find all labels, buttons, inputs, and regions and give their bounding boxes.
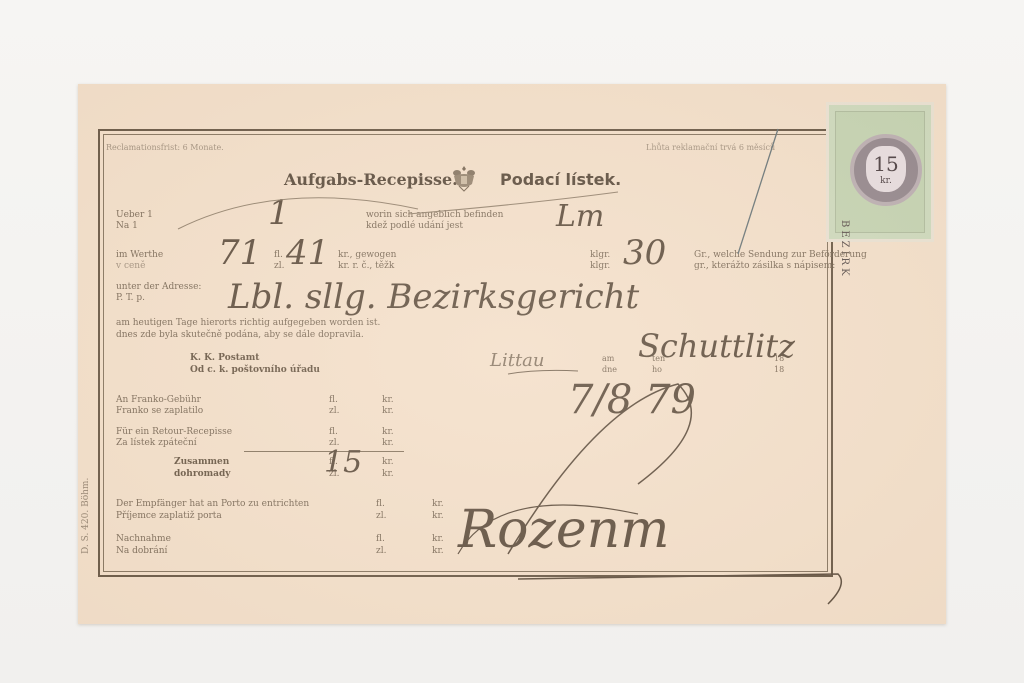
label-zasilka: gr., kterážto zásilka s nápisem:: [694, 262, 835, 271]
label-year-cz: 18: [774, 366, 784, 374]
sum-line: [244, 451, 404, 452]
fee-nachnahme-kr: kr.: [432, 535, 444, 544]
fee-porto-kr: kr.: [432, 500, 444, 509]
fee-porto-cz: Příjemce zaplatiž porta: [116, 512, 222, 521]
fee-retour-kr: kr.: [382, 428, 394, 437]
label-ueber: Ueber 1: [116, 211, 153, 220]
fee-franko-de: An Franko-Gebühr: [116, 396, 201, 405]
label-klgr-cz: klgr.: [590, 262, 610, 271]
label-klgr-de: klgr.: [590, 251, 610, 260]
label-sendung: Gr., welche Sendung zur Beförderung: [694, 251, 867, 260]
title-german: Aufgabs-Recepisse.: [284, 172, 458, 188]
label-dne: dne: [602, 366, 617, 374]
label-heute-de: am heutigen Tage hierorts richtig aufgeg…: [116, 319, 380, 328]
fee-retour-de: Für ein Retour-Recepisse: [116, 428, 232, 437]
stamp-value: 15: [866, 152, 906, 176]
label-ho: ho: [652, 366, 662, 374]
handwritten-place: Littau: [490, 352, 545, 370]
handwritten-value-fl: 71: [218, 236, 261, 270]
handwritten-address-line2: Schuttlitz: [638, 330, 795, 362]
label-am: am: [602, 355, 614, 363]
handwritten-date: 7/8 79: [568, 380, 696, 420]
fee-total-kr-cz: kr.: [382, 470, 394, 479]
fee-retour-zl: zl.: [329, 439, 339, 448]
stamp-medallion: 15 kr.: [850, 134, 922, 206]
label-tezk: kr. r. č., těžk: [338, 262, 394, 271]
fee-total-de: Zusammen: [174, 458, 229, 467]
handwritten-address-line1: Lbl. sllg. Bezirksgericht: [228, 280, 639, 314]
double-headed-eagle-icon: [451, 164, 477, 192]
label-ten: ten: [652, 355, 665, 363]
fee-total-cz: dohromady: [174, 470, 230, 479]
postage-stamp: 15 kr. BEZIRK: [826, 102, 934, 242]
reclamation-note-german: Reclamationsfrist: 6 Monate.: [106, 144, 224, 152]
fee-nachnahme-fl: fl.: [376, 535, 385, 544]
label-adresse: unter der Adresse:: [116, 283, 201, 292]
label-na: Na 1: [116, 222, 138, 231]
fee-franko-kr: kr.: [382, 396, 394, 405]
label-postamt-cz: Od c. k. poštovního úřadu: [190, 366, 320, 375]
handwritten-signature: Rozenm: [458, 504, 669, 556]
handwritten-total: 15: [324, 448, 362, 478]
handwritten-weight: 30: [623, 236, 666, 270]
fee-porto-de: Der Empfänger hat an Porto zu entrichten: [116, 500, 309, 509]
stamp-cancellation: BEZIRK: [839, 220, 850, 279]
fee-franko-cz: Franko se zaplatilo: [116, 407, 203, 416]
fee-franko-zl: zl.: [329, 407, 339, 416]
handwritten-contents: Lm: [556, 202, 604, 232]
postal-receipt: Reclamationsfrist: 6 Monate. Lhůta rekla…: [78, 84, 946, 624]
label-werthe: im Werthe: [116, 251, 163, 260]
fee-retour-cz: Za lístek zpáteční: [116, 439, 197, 448]
fee-total-fl: fl.: [329, 458, 338, 467]
reclamation-note-czech: Lhůta reklamační trvá 6 měsíců: [646, 144, 775, 152]
label-year-de: 18: [774, 355, 784, 363]
fee-nachnahme-kr-cz: kr.: [432, 547, 444, 556]
fee-total-zl: zl.: [329, 470, 339, 479]
fee-porto-kr-cz: kr.: [432, 512, 444, 521]
label-v-cene: v ceně: [116, 262, 145, 271]
label-kdez: kdež podlé udání jest: [366, 222, 463, 231]
handwritten-count: 1: [268, 196, 290, 230]
fee-total-kr: kr.: [382, 458, 394, 467]
label-worin: worin sich angeblich befinden: [366, 211, 503, 220]
label-fl: fl.: [274, 251, 283, 260]
fee-porto-fl: fl.: [376, 500, 385, 509]
label-postamt-de: K. K. Postamt: [190, 354, 259, 363]
fee-franko-fl: fl.: [329, 396, 338, 405]
label-zl: zl.: [274, 262, 284, 271]
label-ptp: P. T. p.: [116, 294, 145, 303]
fee-nachnahme-zl: zl.: [376, 547, 386, 556]
label-heute-cz: dnes zde byla skutečně podána, aby se dá…: [116, 331, 364, 340]
printer-note: D. S. 420. Böhm.: [81, 478, 91, 554]
fee-nachnahme-cz: Na dobrání: [116, 547, 167, 556]
ink-flourishes: [78, 84, 946, 624]
form-border: [98, 129, 833, 577]
fee-porto-zl: zl.: [376, 512, 386, 521]
label-gewogen: kr., gewogen: [338, 251, 396, 260]
stamp-unit: kr.: [866, 176, 906, 186]
fee-retour-kr-cz: kr.: [382, 439, 394, 448]
fee-nachnahme-de: Nachnahme: [116, 535, 171, 544]
handwritten-value-kr: 41: [286, 236, 329, 270]
fee-retour-fl: fl.: [329, 428, 338, 437]
title-czech: Podací lístek.: [500, 172, 621, 188]
fee-franko-kr-cz: kr.: [382, 407, 394, 416]
